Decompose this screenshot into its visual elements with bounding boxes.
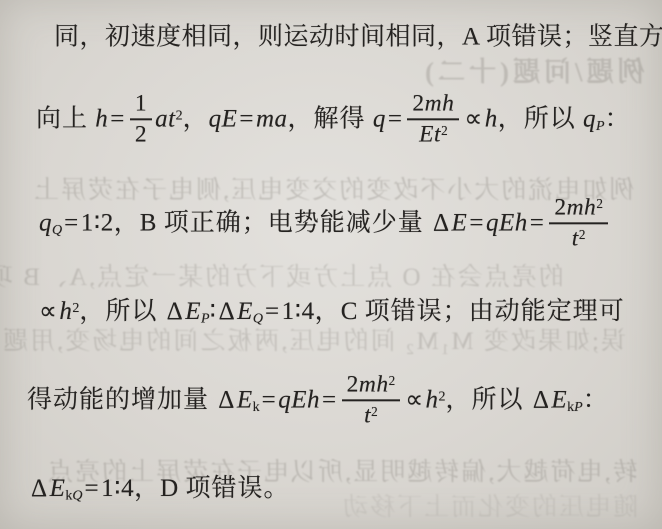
solution-line-1: 同，初速度相同，则运动时间相同，A 项错误；竖直方 bbox=[54, 21, 662, 52]
solution-line-2: 向上 h=12at2，qE=ma，解得 q=2mhEt2∝h，所以 qP： bbox=[36, 93, 631, 148]
fraction: 12 bbox=[130, 91, 152, 146]
fraction: 2mhEt2 bbox=[407, 91, 459, 146]
bleedthrough-line: 随电压的变化而上下移动 bbox=[341, 487, 638, 523]
solution-line-6: ΔEkQ=1∶4，D 项错误。 bbox=[29, 473, 289, 505]
solution-line-3: qQ=1∶2，B 项正确；电势能减少量 ΔE=qEh=2mh2t2 bbox=[39, 197, 611, 252]
bleedthrough-heading: 例题/问题(十二) bbox=[421, 50, 644, 89]
fraction: 2mh2t2 bbox=[549, 195, 608, 250]
fraction: 2mh2t2 bbox=[342, 372, 401, 427]
solution-line-5: 得动能的增加量 ΔEk=qEh=2mh2t2∝h2，所以 ΔEkP： bbox=[27, 374, 609, 429]
bleedthrough-line: 的亮点会在 O 点上方或下方的某一定点,A、B 项错 bbox=[0, 257, 564, 293]
solution-line-4: ∝h2，所以 ΔEP∶ΔEQ=1∶4，C 项错误；由动能定理可 bbox=[37, 296, 625, 328]
scanned-textbook-page: 例题/问题(十二) 例如电流的大小不改变的交变电压,侧电子在荧屏上 的亮点会在 … bbox=[0, 0, 662, 529]
